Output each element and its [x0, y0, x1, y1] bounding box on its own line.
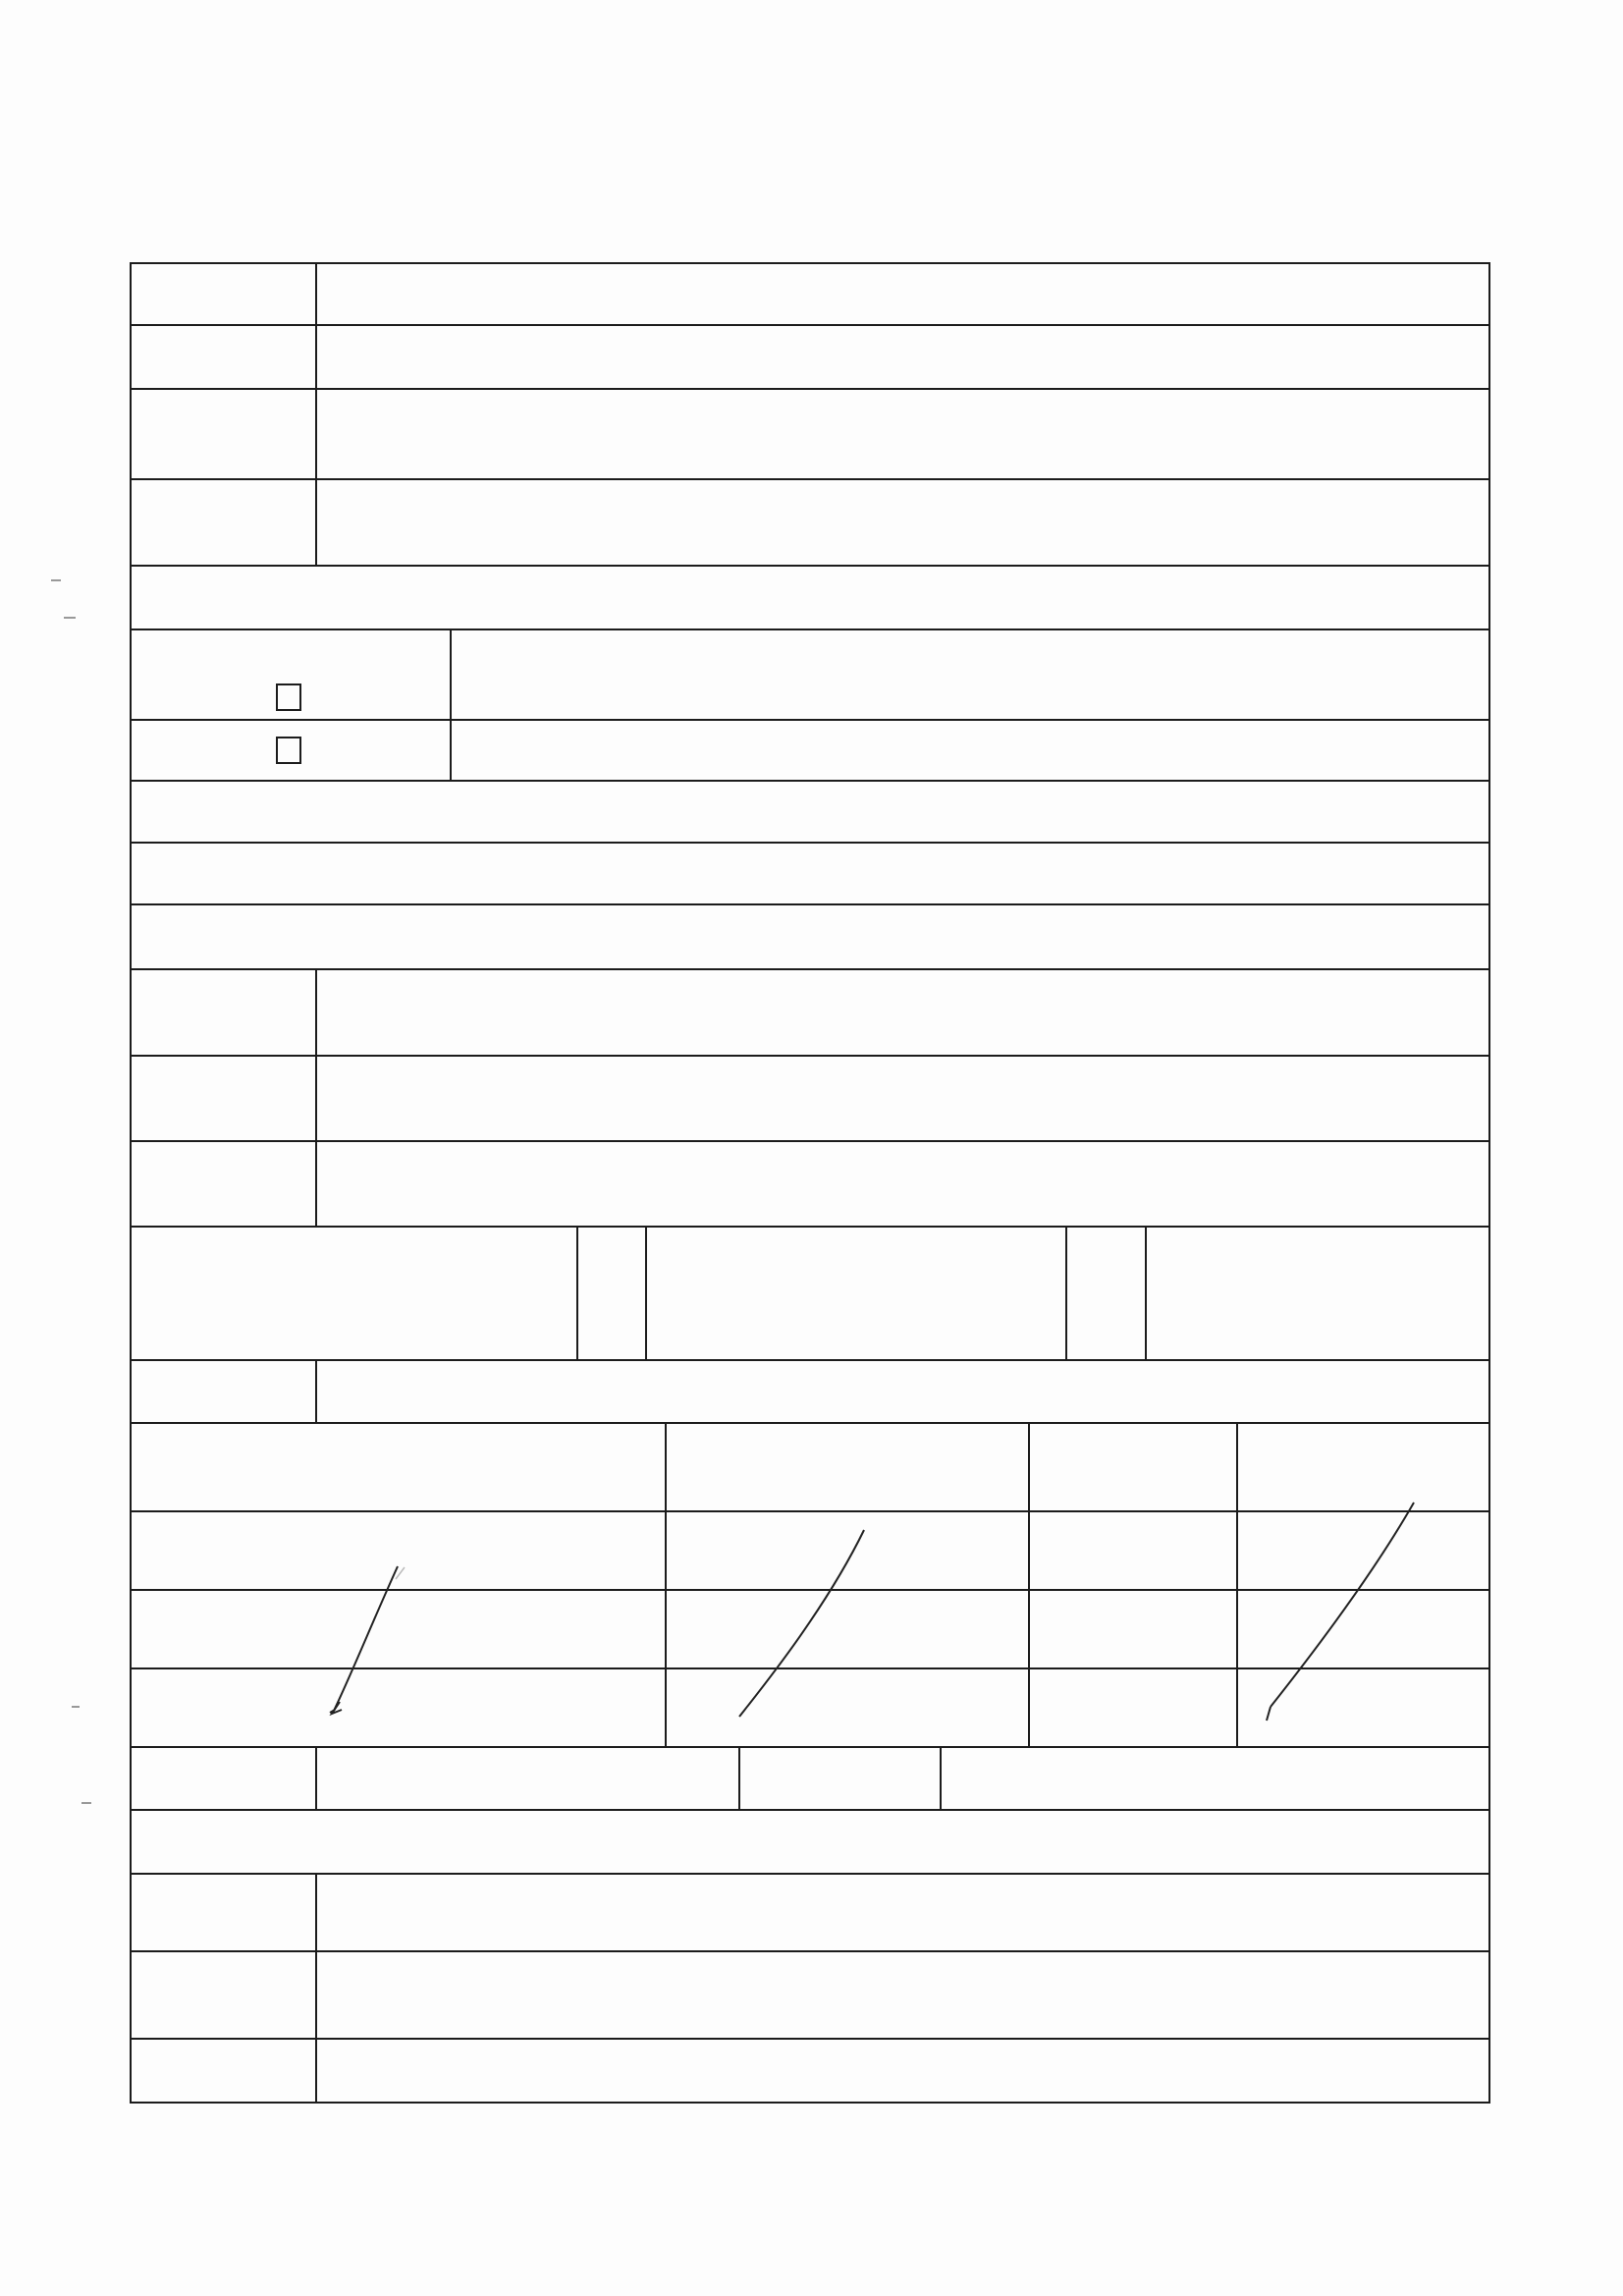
header-change-content	[1030, 1424, 1238, 1510]
open-date-value	[317, 390, 1488, 478]
method-recommendation-detail	[452, 721, 1488, 780]
project-name-label	[132, 264, 317, 324]
scan-speck	[64, 617, 76, 619]
supplier-label	[132, 970, 317, 1055]
participants-note	[132, 782, 1488, 842]
project-code-label	[132, 326, 317, 388]
header-supplier-name	[132, 1424, 667, 1510]
project-code-value	[317, 326, 1488, 388]
checkbox-checked-icon[interactable]	[276, 683, 301, 711]
row-modification-content	[132, 1361, 1488, 1424]
project-name-value	[317, 264, 1488, 324]
procurement-record-table	[130, 262, 1490, 2104]
scan-speck	[81, 1802, 91, 1804]
changes-changed-cell[interactable]	[667, 1669, 1030, 1746]
method-recommendation-option[interactable]	[132, 721, 452, 780]
not-allowed-value[interactable]	[317, 1952, 1488, 2038]
not-allowed-row	[132, 1952, 1488, 2040]
changes-table-row	[132, 1512, 1488, 1591]
row-open-place	[132, 480, 1488, 567]
changes-substantive-cell[interactable]	[1238, 1591, 1488, 1667]
open-place-label	[132, 480, 317, 565]
method-announcement-detail	[452, 630, 1488, 719]
not-allowed-value[interactable]	[317, 2040, 1488, 2102]
supplier-name	[317, 970, 1488, 1055]
checkbox-unchecked-icon[interactable]	[276, 737, 301, 764]
changes-substantive-cell[interactable]	[1238, 1512, 1488, 1589]
scanned-form-page	[0, 0, 1623, 2296]
changes-supplier-cell[interactable]	[132, 1669, 667, 1746]
method-announcement-option[interactable]	[132, 630, 452, 719]
supplier-name	[317, 1057, 1488, 1140]
row-modification-question	[132, 1228, 1488, 1361]
negotiation-rounds-label	[132, 1748, 317, 1809]
quote-rounds-label	[740, 1748, 942, 1809]
supplier-label	[132, 1142, 317, 1226]
negotiation-supplier-row	[132, 1142, 1488, 1228]
header-changed-response	[667, 1424, 1030, 1510]
changes-table-row	[132, 1591, 1488, 1669]
scan-speck	[72, 1706, 80, 1708]
changes-content-cell	[1030, 1591, 1238, 1667]
negotiation-suppliers-heading	[132, 905, 1488, 968]
not-allowed-label	[132, 1952, 317, 2038]
row-invitation-heading	[132, 567, 1488, 630]
changes-content-cell	[1030, 1669, 1238, 1746]
row-method-announcement	[132, 630, 1488, 721]
changes-changed-cell[interactable]	[667, 1512, 1030, 1589]
negotiation-supplier-row	[132, 1057, 1488, 1142]
open-date-label	[132, 390, 317, 478]
negotiation-supplier-row	[132, 970, 1488, 1057]
row-not-allowed-heading	[132, 1811, 1488, 1875]
changes-substantive-cell[interactable]	[1238, 1669, 1488, 1746]
modification-no-checkmark[interactable]	[1147, 1228, 1488, 1359]
not-allowed-row	[132, 1875, 1488, 1952]
changes-content-cell	[1030, 1512, 1238, 1589]
negotiation-rounds-value[interactable]	[317, 1748, 740, 1809]
changes-table-row	[132, 1669, 1488, 1748]
changes-supplier-cell[interactable]	[132, 1591, 667, 1667]
row-panel-note	[132, 844, 1488, 905]
modification-content-value	[317, 1361, 1488, 1422]
row-method-recommendation	[132, 721, 1488, 782]
not-allowed-heading	[132, 1811, 1488, 1873]
supplier-label	[132, 1057, 317, 1140]
not-allowed-row	[132, 2040, 1488, 2102]
row-rounds	[132, 1748, 1488, 1811]
header-substantive	[1238, 1424, 1488, 1510]
panel-note	[132, 844, 1488, 903]
row-project-name	[132, 264, 1488, 326]
row-negotiation-heading	[132, 905, 1488, 970]
changes-supplier-cell[interactable]	[132, 1512, 667, 1589]
changes-changed-cell[interactable]	[667, 1591, 1030, 1667]
quote-rounds-value[interactable]	[942, 1748, 1488, 1809]
not-allowed-value[interactable]	[317, 1875, 1488, 1950]
scan-speck	[51, 579, 61, 581]
not-allowed-label	[132, 2040, 317, 2102]
open-place-value	[317, 480, 1488, 565]
modification-question	[132, 1228, 578, 1359]
modification-yes-label	[578, 1228, 647, 1359]
supplier-name	[317, 1142, 1488, 1226]
not-allowed-label	[132, 1875, 317, 1950]
row-open-date	[132, 390, 1488, 480]
invitation-heading	[132, 567, 1488, 629]
row-project-code	[132, 326, 1488, 390]
row-participants-note	[132, 782, 1488, 844]
changes-table-header	[132, 1424, 1488, 1512]
modification-content-label	[132, 1361, 317, 1422]
modification-no-label	[1067, 1228, 1147, 1359]
modification-yes-mark[interactable]	[647, 1228, 1067, 1359]
